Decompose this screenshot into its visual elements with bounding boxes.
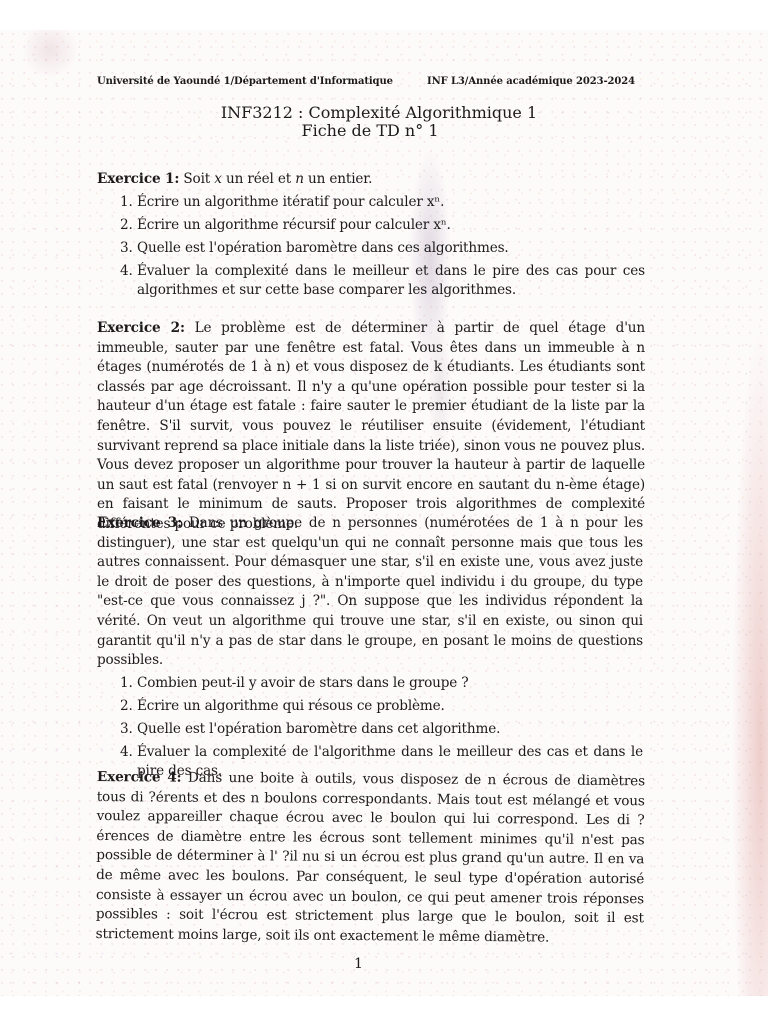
item-text: Écrire un algorithme qui résous ce probl… <box>137 698 445 714</box>
header-course-year: INF L3/Année académique 2023-2024 <box>427 76 635 87</box>
math-variable: n <box>295 171 304 187</box>
item-text: Écrire un algorithme itératif pour calcu… <box>137 194 444 210</box>
exercise-4-label: Exercice 4: <box>97 769 182 786</box>
exercise-2-text: Le problème est de déterminer à partir d… <box>97 320 645 532</box>
exercise-1-label: Exercice 1: <box>97 171 179 187</box>
item-number: 1. <box>120 674 133 693</box>
math-variable: x <box>214 171 222 187</box>
item-text: Quelle est l'opération baromètre dans ce… <box>137 721 500 737</box>
intro-text: un réel et <box>222 171 295 187</box>
item-number: 2. <box>120 697 133 716</box>
exercise-3-label: Exercice 3: <box>97 515 182 531</box>
exercise-3-body: Exercice 3: Dans un groupe de n personne… <box>97 514 643 671</box>
exercise-2-label: Exercice 2: <box>97 320 185 336</box>
list-item: 2.Écrire un algorithme récursif pour cal… <box>137 216 645 235</box>
course-title: INF3212 : Complexité Algorithmique 1 <box>0 104 763 122</box>
list-item: 3.Quelle est l'opération baromètre dans … <box>137 720 643 739</box>
intro-text: un entier. <box>304 171 372 187</box>
list-item: 4.Évaluer la complexité dans le meilleur… <box>137 262 645 300</box>
worksheet-title: Fiche de TD n° 1 <box>0 122 754 140</box>
item-text: Quelle est l'opération baromètre dans ce… <box>137 240 509 256</box>
list-item: 3.Quelle est l'opération baromètre dans … <box>137 239 645 258</box>
intro-text: Soit <box>183 171 214 187</box>
item-number: 3. <box>120 720 133 739</box>
exercise-4-body: Exercice 4: Dans une boite à outils, vou… <box>96 768 645 949</box>
item-number: 1. <box>120 193 133 212</box>
exercise-1-intro: Exercice 1: Soit x un réel et n un entie… <box>97 170 645 190</box>
item-number: 3. <box>120 239 133 258</box>
exercise-4-text: Dans une boite à outils, vous disposez d… <box>96 770 645 946</box>
exercise-4: Exercice 4: Dans une boite à outils, vou… <box>96 768 645 949</box>
header-institution: Université de Yaoundé 1/Département d'In… <box>97 76 393 87</box>
exercise-1-questions: 1.Écrire un algorithme itératif pour cal… <box>97 193 645 300</box>
item-number: 4. <box>120 743 133 762</box>
item-text: Écrire un algorithme récursif pour calcu… <box>137 217 451 233</box>
exercise-2: Exercice 2: Le problème est de détermine… <box>97 319 645 535</box>
exercise-1: Exercice 1: Soit x un réel et n un entie… <box>97 170 645 304</box>
exercise-2-body: Exercice 2: Le problème est de détermine… <box>97 319 645 535</box>
list-item: 1.Combien peut-il y avoir de stars dans … <box>137 674 643 693</box>
document-header: Université de Yaoundé 1/Département d'In… <box>97 76 647 87</box>
item-text: Combien peut-il y avoir de stars dans le… <box>137 675 468 691</box>
item-text: Évaluer la complexité dans le meilleur e… <box>137 263 645 298</box>
item-number: 2. <box>120 216 133 235</box>
exercise-3-questions: 1.Combien peut-il y avoir de stars dans … <box>97 674 643 781</box>
list-item: 2.Écrire un algorithme qui résous ce pro… <box>137 697 643 716</box>
exercise-3-text: Dans un groupe de n personnes (numérotée… <box>97 515 643 668</box>
document-title: INF3212 : Complexité Algorithmique 1 Fic… <box>0 104 768 140</box>
document-page: Université de Yaoundé 1/Département d'In… <box>0 0 768 1024</box>
item-number: 4. <box>120 262 133 281</box>
list-item: 1.Écrire un algorithme itératif pour cal… <box>137 193 645 212</box>
page-number: 1 <box>354 956 363 972</box>
exercise-3: Exercice 3: Dans un groupe de n personne… <box>97 514 643 785</box>
